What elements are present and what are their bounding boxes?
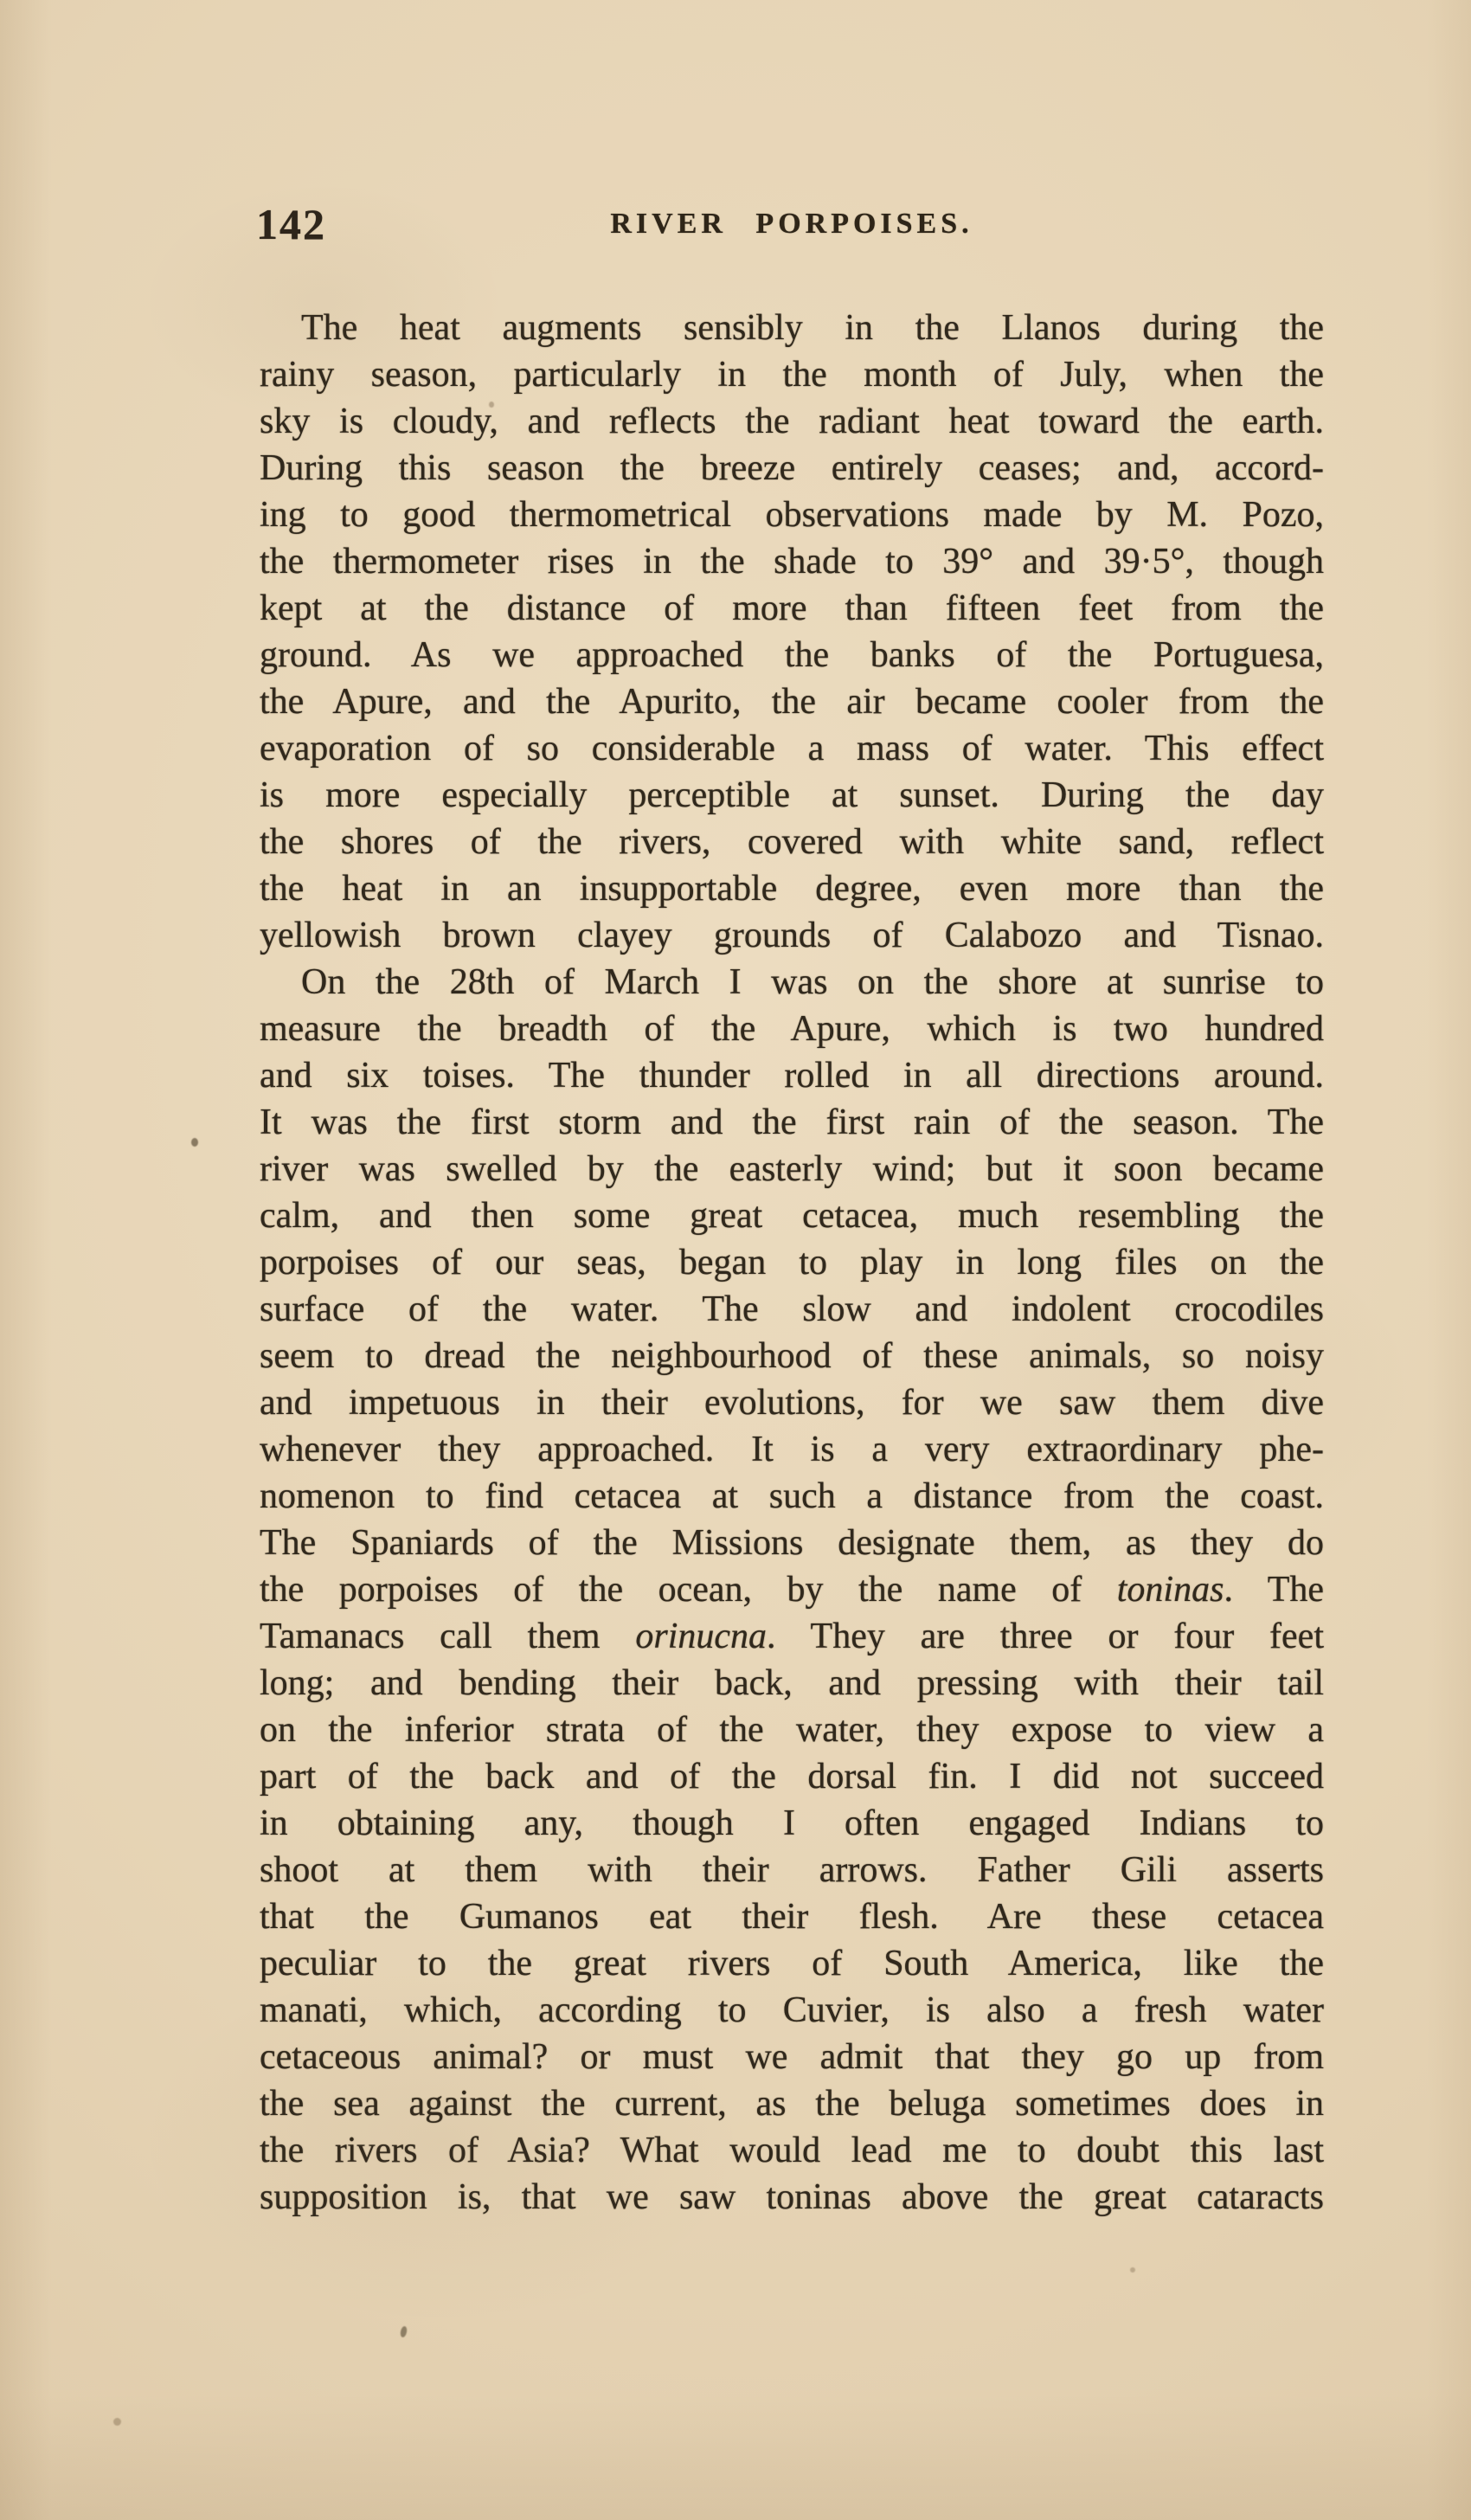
text-line: that the Gumanos eat their flesh. Are th… bbox=[260, 1893, 1324, 1940]
text-line: the heat in an insupportable degree, eve… bbox=[260, 865, 1324, 912]
text-line: kept at the distance of more than fiftee… bbox=[260, 585, 1324, 632]
text-line: ground. As we approached the banks of th… bbox=[260, 632, 1324, 678]
text-line: and six toises. The thunder rolled in al… bbox=[260, 1052, 1324, 1099]
ink-speck bbox=[1130, 2267, 1135, 2272]
text-line: and impetuous in their evolutions, for w… bbox=[260, 1379, 1324, 1426]
text-line: It was the first storm and the first rai… bbox=[260, 1099, 1324, 1146]
text-line: yellowish brown clayey grounds of Calabo… bbox=[260, 912, 1324, 959]
text-line: On the 28th of March I was on the shore … bbox=[260, 959, 1324, 1006]
text-line: the rivers of Asia? What would lead me t… bbox=[260, 2127, 1324, 2174]
text-line: sky is cloudy, and reflects the radiant … bbox=[260, 398, 1324, 445]
text-line: rainy season, particularly in the month … bbox=[260, 351, 1324, 398]
page-header: 142 RIVER PORPOISES. bbox=[260, 197, 1324, 258]
text-line: ing to good thermometrical observations … bbox=[260, 492, 1324, 538]
text-line: long; and bending their back, and pressi… bbox=[260, 1660, 1324, 1707]
text-line: the porpoises of the ocean, by the name … bbox=[260, 1566, 1324, 1613]
text-line: river was swelled by the easterly wind; … bbox=[260, 1146, 1324, 1192]
text-line: the thermometer rises in the shade to 39… bbox=[260, 538, 1324, 585]
text-line: porpoises of our seas, began to play in … bbox=[260, 1239, 1324, 1286]
ink-speck bbox=[400, 2325, 408, 2337]
text-line: The heat augments sensibly in the Llanos… bbox=[260, 305, 1324, 351]
text-line: part of the back and of the dorsal fin. … bbox=[260, 1753, 1324, 1800]
text-line: in obtaining any, though I often engaged… bbox=[260, 1800, 1324, 1847]
running-head-title: RIVER PORPOISES. bbox=[260, 208, 1324, 241]
text-line: on the inferior strata of the water, the… bbox=[260, 1707, 1324, 1753]
text-line: Tamanacs call them orinucna. They are th… bbox=[260, 1613, 1324, 1660]
book-page: 142 RIVER PORPOISES. The heat augments s… bbox=[0, 0, 1471, 2520]
ink-speck bbox=[113, 2418, 121, 2426]
text-line: nomenon to find cetacea at such a distan… bbox=[260, 1473, 1324, 1520]
text-line: the sea against the current, as the belu… bbox=[260, 2080, 1324, 2127]
text-line: supposition is, that we saw toninas abov… bbox=[260, 2174, 1324, 2221]
text-line: cetaceous animal? or must we admit that … bbox=[260, 2034, 1324, 2080]
text-line: is more especially perceptible at sunset… bbox=[260, 772, 1324, 819]
text-line: manati, which, according to Cuvier, is a… bbox=[260, 1987, 1324, 2034]
text-line: the shores of the rivers, covered with w… bbox=[260, 819, 1324, 865]
text-line: measure the breadth of the Apure, which … bbox=[260, 1006, 1324, 1052]
text-line: seem to dread the neighbourhood of these… bbox=[260, 1333, 1324, 1379]
ink-speck bbox=[489, 402, 494, 408]
text-line: surface of the water. The slow and indol… bbox=[260, 1286, 1324, 1333]
ink-speck bbox=[191, 1138, 198, 1147]
text-line: peculiar to the great rivers of South Am… bbox=[260, 1940, 1324, 1987]
text-line: calm, and then some great cetacea, much … bbox=[260, 1192, 1324, 1239]
text-line: evaporation of so considerable a mass of… bbox=[260, 725, 1324, 772]
text-line: shoot at them with their arrows. Father … bbox=[260, 1847, 1324, 1893]
text-line: The Spaniards of the Missions designate … bbox=[260, 1520, 1324, 1566]
text-line: whenever they approached. It is a very e… bbox=[260, 1426, 1324, 1473]
body-text-block: The heat augments sensibly in the Llanos… bbox=[260, 305, 1324, 2221]
text-line: During this season the breeze entirely c… bbox=[260, 445, 1324, 492]
text-line: the Apure, and the Apurito, the air beca… bbox=[260, 678, 1324, 725]
